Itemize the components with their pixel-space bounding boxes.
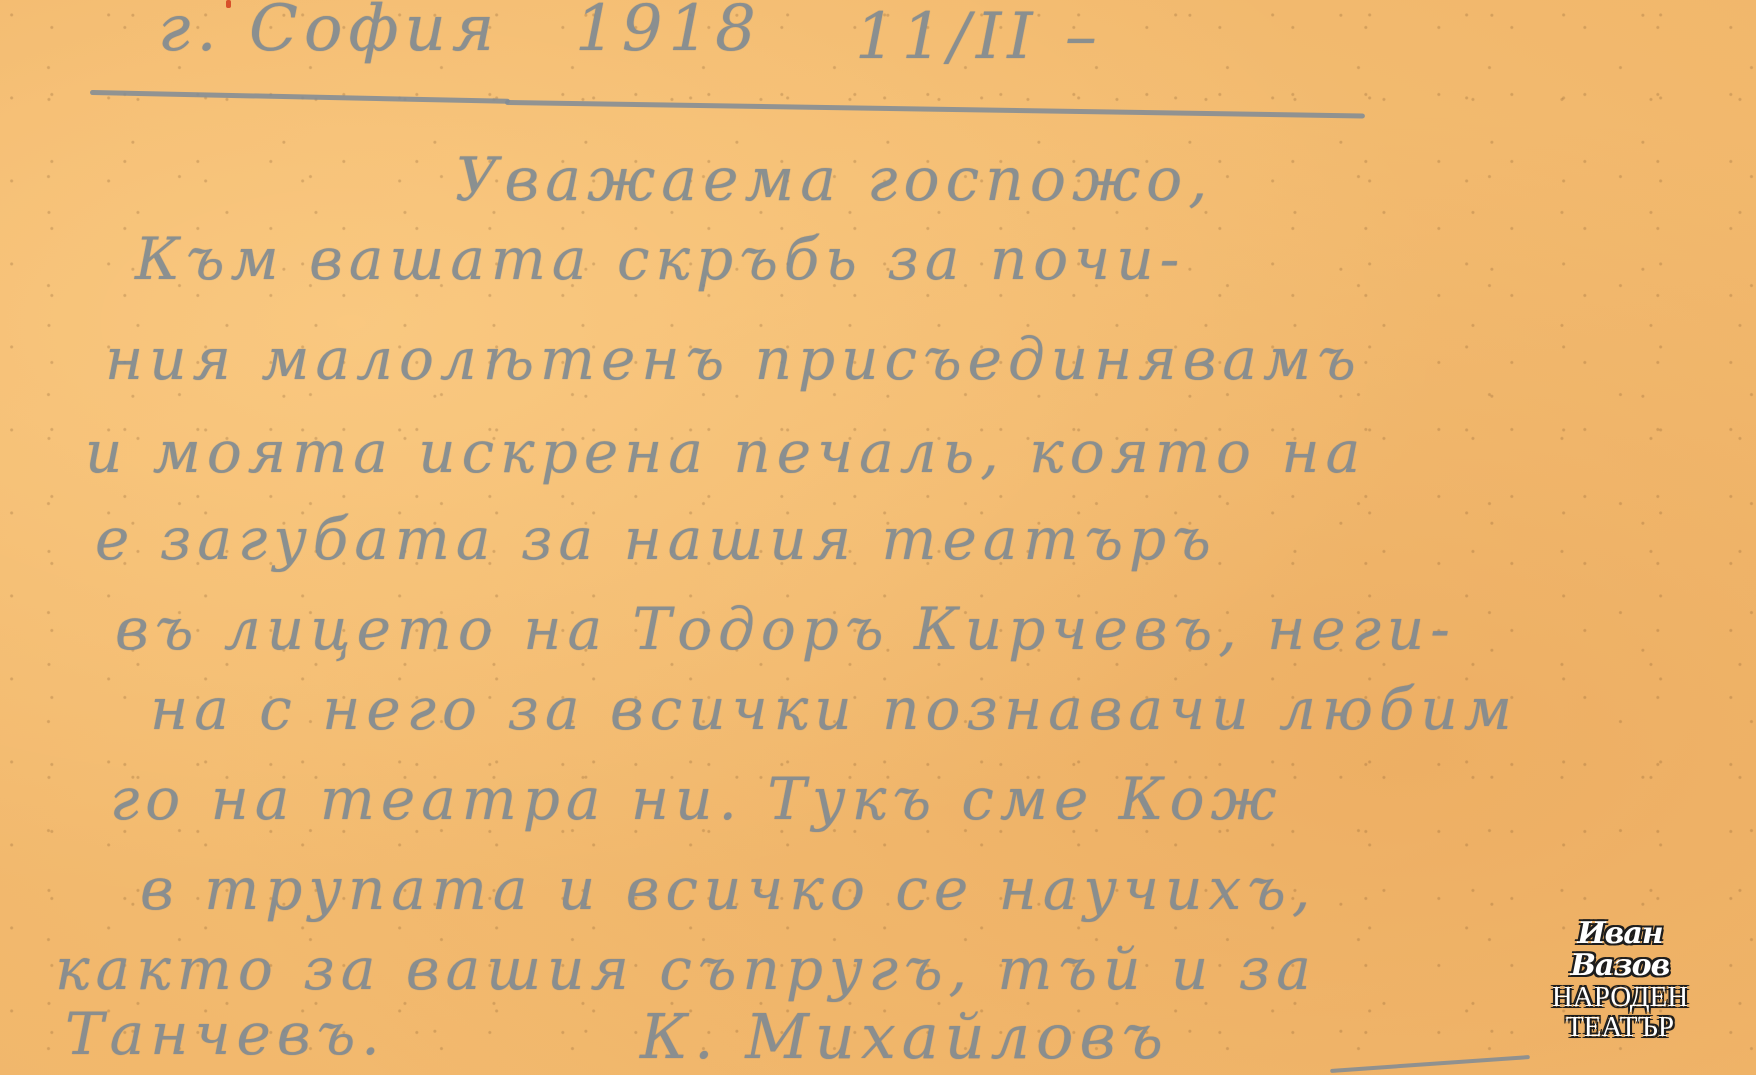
body-line-7: го на театра ни. Тукъ сме Кож xyxy=(110,765,1283,833)
header-place: г. София xyxy=(158,0,500,66)
logo-word-teatar: ТЕАТЪР xyxy=(1535,1012,1705,1042)
body-line-4: е загубата за нашия театъръ xyxy=(95,505,1217,573)
body-line-8: в трупата и всичко се научихъ, xyxy=(140,855,1316,923)
logo-word-naroden: НАРОДЕН xyxy=(1535,982,1705,1012)
national-theatre-logo: Иван Вазов НАРОДЕН ТЕАТЪР xyxy=(1535,918,1705,1042)
header-underline xyxy=(90,90,510,104)
logo-script-ivan-vazov: Иван Вазов xyxy=(1535,918,1705,982)
body-line-5: въ лицето на Тодоръ Кирчевъ, неги- xyxy=(115,595,1456,663)
body-line-3: и моята искрена печаль, която на xyxy=(85,418,1366,486)
body-line-2: ния малолѣтенъ присъединявамъ xyxy=(105,325,1362,393)
header-date: 11/II – xyxy=(855,0,1103,74)
signature: К. Михайловъ xyxy=(640,1000,1169,1073)
header-year: 1918 xyxy=(575,0,762,66)
body-line-9: както за вашия съпругъ, тъй и за xyxy=(55,935,1317,1003)
body-line-6: на с него за всички познавачи любим xyxy=(150,675,1518,743)
salutation: Уважаема госпожо, xyxy=(455,145,1213,215)
body-line-10: Танчевъ. xyxy=(65,1000,386,1068)
header-underline-2 xyxy=(505,100,1365,119)
signature-flourish xyxy=(1330,1055,1530,1073)
body-line-1: Към вашата скръбь за почи- xyxy=(135,225,1185,293)
